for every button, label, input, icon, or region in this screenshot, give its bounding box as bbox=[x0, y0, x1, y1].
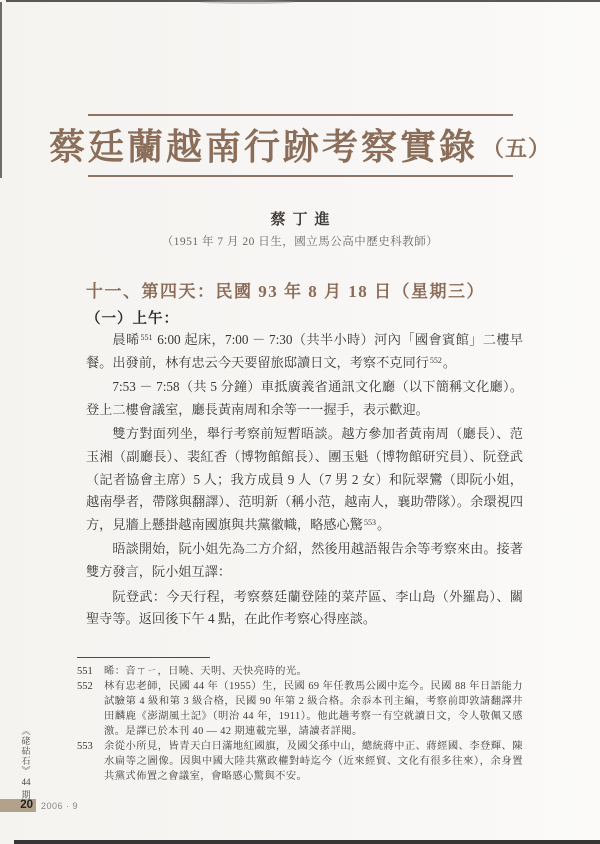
footnote-text: 林有忠老師，民國 44 年（1955）生，民國 69 年任教馬公國中迄今。民國 … bbox=[104, 679, 523, 739]
footnote-number: 552 bbox=[77, 679, 104, 694]
paragraph: 晤談開始，阮小姐先為二方介紹，然後用越語報告余等考察來由。接著雙方發言，阮小姐互… bbox=[86, 538, 523, 583]
footnote-ref: 551 bbox=[141, 333, 153, 342]
footnote-text: 晞：音ㄒㄧ，日曉、天明、天快亮時的光。 bbox=[104, 664, 523, 679]
scan-smudge bbox=[200, 0, 295, 4]
footnote-number: 553 bbox=[77, 739, 104, 754]
page-number-bar: 20 bbox=[0, 799, 36, 812]
footnote-row: 552林有忠老師，民國 44 年（1955）生，民國 69 年任教馬公國中迄今。… bbox=[77, 679, 523, 739]
paragraph: 雙方對面列坐，舉行考察前短暫晤談。越方參加者黃南周（廳長）、范玉湘（副廳長）、裴… bbox=[86, 423, 523, 536]
footnote-row: 551晞：音ㄒㄧ，日曉、天明、天快亮時的光。 bbox=[77, 664, 523, 679]
body-paragraphs: 晨晞551 6:00 起床，7:00 － 7:30（共半小時）河內「國會賓館」二… bbox=[86, 329, 523, 633]
issue-date: 2006 · 9 bbox=[41, 801, 78, 811]
article-title: 蔡廷蘭越南行跡考察實錄（五） bbox=[0, 118, 600, 176]
journal-issue-number: 44 bbox=[22, 777, 31, 787]
footnote-divider bbox=[77, 657, 210, 658]
footnote-ref: 552 bbox=[430, 356, 442, 365]
scan-edge-bottom bbox=[14, 840, 600, 844]
paragraph: 7:53 － 7:58（共 5 分鐘）車抵廣義省通訊文化廳（以下簡稱文化廳）。登… bbox=[86, 376, 523, 421]
footnote-list: 551晞：音ㄒㄧ，日曉、天明、天快亮時的光。552林有忠老師，民國 44 年（1… bbox=[77, 664, 523, 784]
footnote-row: 553余從小所見，皆青天白日滿地紅國旗，及國父孫中山，總統蔣中正、蔣經國、李登輝… bbox=[77, 739, 523, 784]
title-rule-bottom bbox=[88, 175, 513, 177]
paragraph: 晨晞551 6:00 起床，7:00 － 7:30（共半小時）河內「國會賓館」二… bbox=[86, 329, 523, 374]
journal-name: 《硓𥑮石》 bbox=[20, 726, 33, 776]
author-name: 蔡丁進 bbox=[0, 208, 600, 229]
journal-name-block: 《硓𥑮石》 44 期 bbox=[16, 726, 36, 801]
page-number: 20 bbox=[0, 799, 36, 812]
subsection-heading: （一）上午： bbox=[86, 307, 179, 328]
author-bio: （1951 年 7 月 20 日生，國立馬公高中歷史科教師） bbox=[0, 233, 600, 249]
section-heading: 十一、第四天：民國 93 年 8 月 18 日（星期三） bbox=[86, 277, 485, 302]
scan-edge-top bbox=[6, 0, 600, 2]
paragraph: 阮登武：今天行程，考察蔡廷蘭登陸的菜芹區、李山島（外羅島）、關聖寺等。返回後下午… bbox=[86, 586, 523, 631]
footnote-ref: 553 bbox=[364, 518, 376, 527]
article-title-text: 蔡廷蘭越南行跡考察實錄 bbox=[49, 127, 478, 167]
scanned-journal-page: 蔡廷蘭越南行跡考察實錄（五） 蔡丁進 （1951 年 7 月 20 日生，國立馬… bbox=[0, 0, 600, 844]
footnote-number: 551 bbox=[77, 664, 104, 679]
article-title-suffix: （五） bbox=[482, 136, 551, 161]
footnote-text: 余從小所見，皆青天白日滿地紅國旗，及國父孫中山，總統蔣中正、蔣經國、李登輝、陳水… bbox=[104, 739, 523, 784]
title-rule-top bbox=[88, 114, 513, 116]
